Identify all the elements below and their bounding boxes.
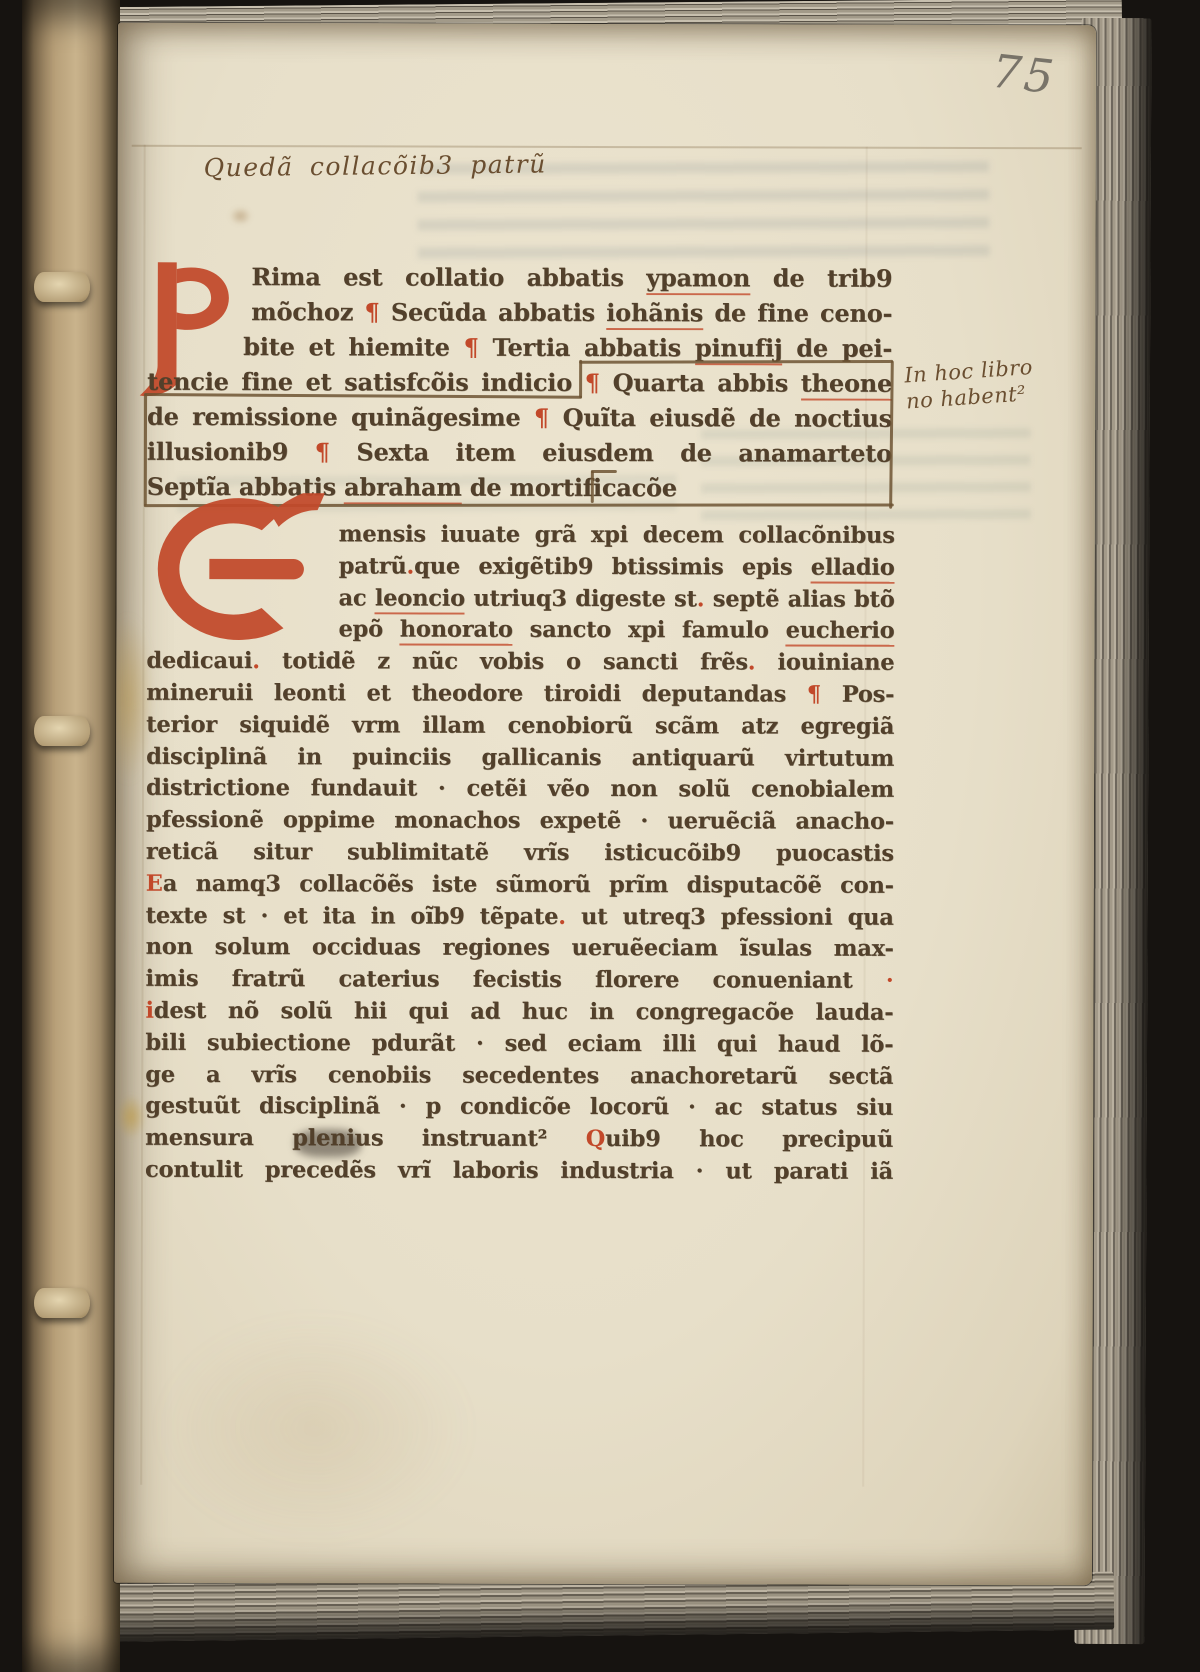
underlined-name-segment: leoncio bbox=[375, 585, 465, 614]
underlined-name-segment: honorato bbox=[400, 617, 513, 646]
contents-frame-bracket bbox=[591, 471, 594, 503]
text-segment: patrũ bbox=[339, 553, 407, 579]
stain bbox=[154, 1313, 475, 1544]
text-segment: de fine ceno- bbox=[703, 298, 892, 327]
manuscript-line: contulit precedẽs vrĩ laboris industria … bbox=[145, 1155, 893, 1189]
manuscript-page: 75 Quedã collacõib3 patrũ P Rima est col… bbox=[114, 23, 1096, 1586]
rubric-segment: . bbox=[252, 648, 260, 674]
rubric-segment: ¶ bbox=[807, 682, 842, 708]
text-segment: disciplinã in puinciis gallicanis antiqu… bbox=[146, 743, 894, 771]
manuscript-photo: 75 Quedã collacõib3 patrũ P Rima est col… bbox=[0, 0, 1200, 1672]
text-segment: Tertia abbatis bbox=[493, 333, 695, 363]
folio-number: 75 bbox=[989, 44, 1059, 105]
text-segment: dedicaui bbox=[146, 648, 252, 674]
text-segment: reticã situr sublimitatẽ vrĩs isticucõib… bbox=[146, 839, 894, 867]
text-segment: totidẽ z nũc vobis o sancti frẽs bbox=[260, 648, 748, 675]
text-segment: septẽ alias btõ bbox=[704, 586, 894, 612]
text-segment: uib9 hoc precipuũ bbox=[605, 1126, 893, 1153]
manuscript-line: gestuũt disciplinã · p condicõe locorũ ·… bbox=[145, 1091, 893, 1125]
text-segment: ac bbox=[339, 585, 375, 611]
text-segment: mensura plenius instruant² bbox=[145, 1125, 586, 1152]
rubric-segment: ¶ bbox=[534, 403, 563, 432]
text-segment: a namq3 collacõẽs iste sũmorũ prĩm dispu… bbox=[163, 871, 894, 899]
text-segment: Pos- bbox=[842, 682, 895, 708]
rubric-segment: · bbox=[852, 968, 893, 994]
underlined-name-segment: abraham bbox=[344, 472, 462, 504]
rubric-segment: . bbox=[407, 553, 415, 579]
contents-frame-line bbox=[144, 394, 147, 506]
manuscript-line: bili subiectione pdurãt · sed eciam illi… bbox=[145, 1028, 893, 1062]
contents-frame-bracket bbox=[591, 470, 617, 473]
text-segment: Secũda abbatis bbox=[391, 297, 606, 327]
manuscript-line: de remissione quinãgesime ¶ Quĩta eiusdẽ… bbox=[147, 399, 892, 436]
text-segment: terior siquidẽ vrm illam cenobiorũ scãm … bbox=[146, 712, 894, 740]
manuscript-line: disciplinã in puinciis gallicanis antiqu… bbox=[146, 741, 894, 775]
manuscript-line: districtione fundauit · cetẽi vẽo non so… bbox=[146, 773, 894, 807]
manuscript-line: reticã situr sublimitatẽ vrĩs isticucõib… bbox=[146, 837, 894, 871]
text-segment: contulit precedẽs vrĩ laboris industria … bbox=[145, 1157, 893, 1185]
text-segment: de mortificacõe bbox=[462, 473, 677, 503]
manuscript-line: ge a vrĩs cenobiis secedentes anachoreta… bbox=[145, 1059, 893, 1093]
text-segment: mõchoz bbox=[251, 297, 364, 326]
text-segment: Quĩta eiusdẽ de noctius bbox=[563, 403, 892, 433]
text-segment: tencie fine et satisfcõis indicio bbox=[147, 367, 585, 397]
manuscript-line: dedicaui. totidẽ z nũc vobis o sancti fr… bbox=[146, 646, 894, 680]
underlined-name-segment: eucherio bbox=[786, 618, 895, 647]
manuscript-line: imis fratrũ caterius fecistis florere co… bbox=[145, 964, 893, 998]
manuscript-line: mensis iuuate grã xpi decem collacõnibus bbox=[147, 519, 895, 553]
manuscript-line: mineruii leonti et theodore tiroidi depu… bbox=[146, 678, 894, 712]
contents-list-block: Rima est collatio abbatis ypamon de trib… bbox=[147, 259, 893, 506]
rubric-segment: E bbox=[146, 871, 163, 897]
text-segment: illusionib9 bbox=[147, 437, 315, 466]
sewing-tie bbox=[34, 716, 90, 746]
underlined-name-segment: theone bbox=[801, 369, 892, 401]
text-segment: ge a vrĩs cenobiis secedentes anachoreta… bbox=[145, 1061, 893, 1089]
text-segment: Rima est collatio abbatis bbox=[251, 262, 646, 292]
manuscript-line: mensura plenius instruant² Quib9 hoc pre… bbox=[145, 1123, 893, 1157]
text-segment: gestuũt disciplinã · p condicõe locorũ ·… bbox=[145, 1093, 893, 1121]
text-segment: utriuq3 digeste st bbox=[465, 585, 697, 612]
text-segment: non solum occiduas regiones ueruẽeciam ĩ… bbox=[146, 934, 894, 962]
text-segment: bite et hiemite bbox=[243, 332, 463, 362]
preface-text-block: mensis iuuate grã xpi decem collacõnibus… bbox=[145, 519, 895, 1189]
initial-letter: P bbox=[133, 403, 134, 404]
text-segment: que exigẽtib9 btissimis epis bbox=[414, 553, 811, 580]
running-title: Quedã collacõib3 patrũ bbox=[204, 149, 547, 182]
book-binding bbox=[22, 0, 120, 1672]
text-segment: districtione fundauit · cetẽi vẽo non so… bbox=[146, 775, 894, 803]
text-segment: epõ bbox=[338, 617, 399, 643]
text-segment: bili subiectione pdurãt · sed eciam illi… bbox=[145, 1030, 893, 1058]
margin-note: In hoc libro no habent² bbox=[904, 352, 1072, 415]
text-segment: iouiniane bbox=[755, 650, 894, 676]
manuscript-line: idest nõ solũ hii qui ad huc in congrega… bbox=[145, 996, 893, 1030]
rubric-segment: . bbox=[697, 586, 705, 612]
manuscript-line: epõ honorato sancto xpi famulo eucherio bbox=[146, 614, 894, 648]
manuscript-line: pfessionẽ oppime monachos expetẽ · ueruẽ… bbox=[146, 805, 894, 839]
rubric-segment: ¶ bbox=[364, 297, 390, 326]
sewing-tie bbox=[34, 272, 90, 302]
rubric-segment: Q bbox=[586, 1126, 605, 1152]
text-segment: ut utreq3 pfessioni qua bbox=[566, 903, 894, 930]
underlined-name-segment: iohãnis bbox=[606, 298, 703, 330]
text-segment: Quarta abbis bbox=[613, 368, 801, 397]
stain bbox=[230, 207, 252, 225]
text-segment: dest nõ solũ hii qui ad huc in congregac… bbox=[154, 998, 894, 1026]
rubric-segment: ¶ bbox=[464, 333, 493, 362]
underlined-name-segment: ypamon bbox=[646, 263, 750, 295]
text-segment: de pei- bbox=[782, 333, 892, 362]
manuscript-line: ac leoncio utriuq3 digeste st. septẽ ali… bbox=[146, 582, 894, 616]
text-segment: de remissione quinãgesime bbox=[147, 402, 534, 432]
text-segment: pfessionẽ oppime monachos expetẽ · ueruẽ… bbox=[146, 807, 894, 835]
text-segment: mensis iuuate grã xpi decem collacõnibus bbox=[339, 521, 895, 548]
manuscript-line: mõchoz ¶ Secũda abbatis iohãnis de fine … bbox=[147, 294, 892, 331]
text-segment: imis fratrũ caterius fecistis florere co… bbox=[146, 966, 853, 994]
rubric-segment: ¶ bbox=[315, 437, 357, 466]
underlined-name-segment: elladio bbox=[811, 554, 895, 583]
text-segment: sancto xpi famulo bbox=[513, 617, 786, 644]
manuscript-line: texte st · et ita in oĩb9 tẽpate. ut utr… bbox=[146, 900, 894, 934]
ruling-line bbox=[132, 145, 1082, 149]
text-segment: Sexta item eiusdem de anamarteto bbox=[356, 437, 892, 467]
manuscript-line: Rima est collatio abbatis ypamon de trib… bbox=[147, 259, 892, 296]
sewing-tie bbox=[34, 1288, 90, 1318]
manuscript-line: illusionib9 ¶ Sexta item eiusdem de anam… bbox=[147, 434, 892, 471]
rubric-segment: ¶ bbox=[585, 368, 613, 397]
contents-frame-line bbox=[579, 360, 582, 398]
rubric-segment: . bbox=[748, 650, 756, 676]
manuscript-line: terior siquidẽ vrm illam cenobiorũ scãm … bbox=[146, 710, 894, 744]
manuscript-line: patrũ.que exigẽtib9 btissimis epis ellad… bbox=[147, 551, 895, 585]
manuscript-line: Ea namq3 collacõẽs iste sũmorũ prĩm disp… bbox=[146, 869, 894, 903]
manuscript-line: non solum occiduas regiones ueruẽeciam ĩ… bbox=[146, 932, 894, 966]
text-segment: texte st · et ita in oĩb9 tẽpate bbox=[146, 902, 559, 929]
text-segment: mineruii leonti et theodore tiroidi depu… bbox=[146, 680, 807, 708]
